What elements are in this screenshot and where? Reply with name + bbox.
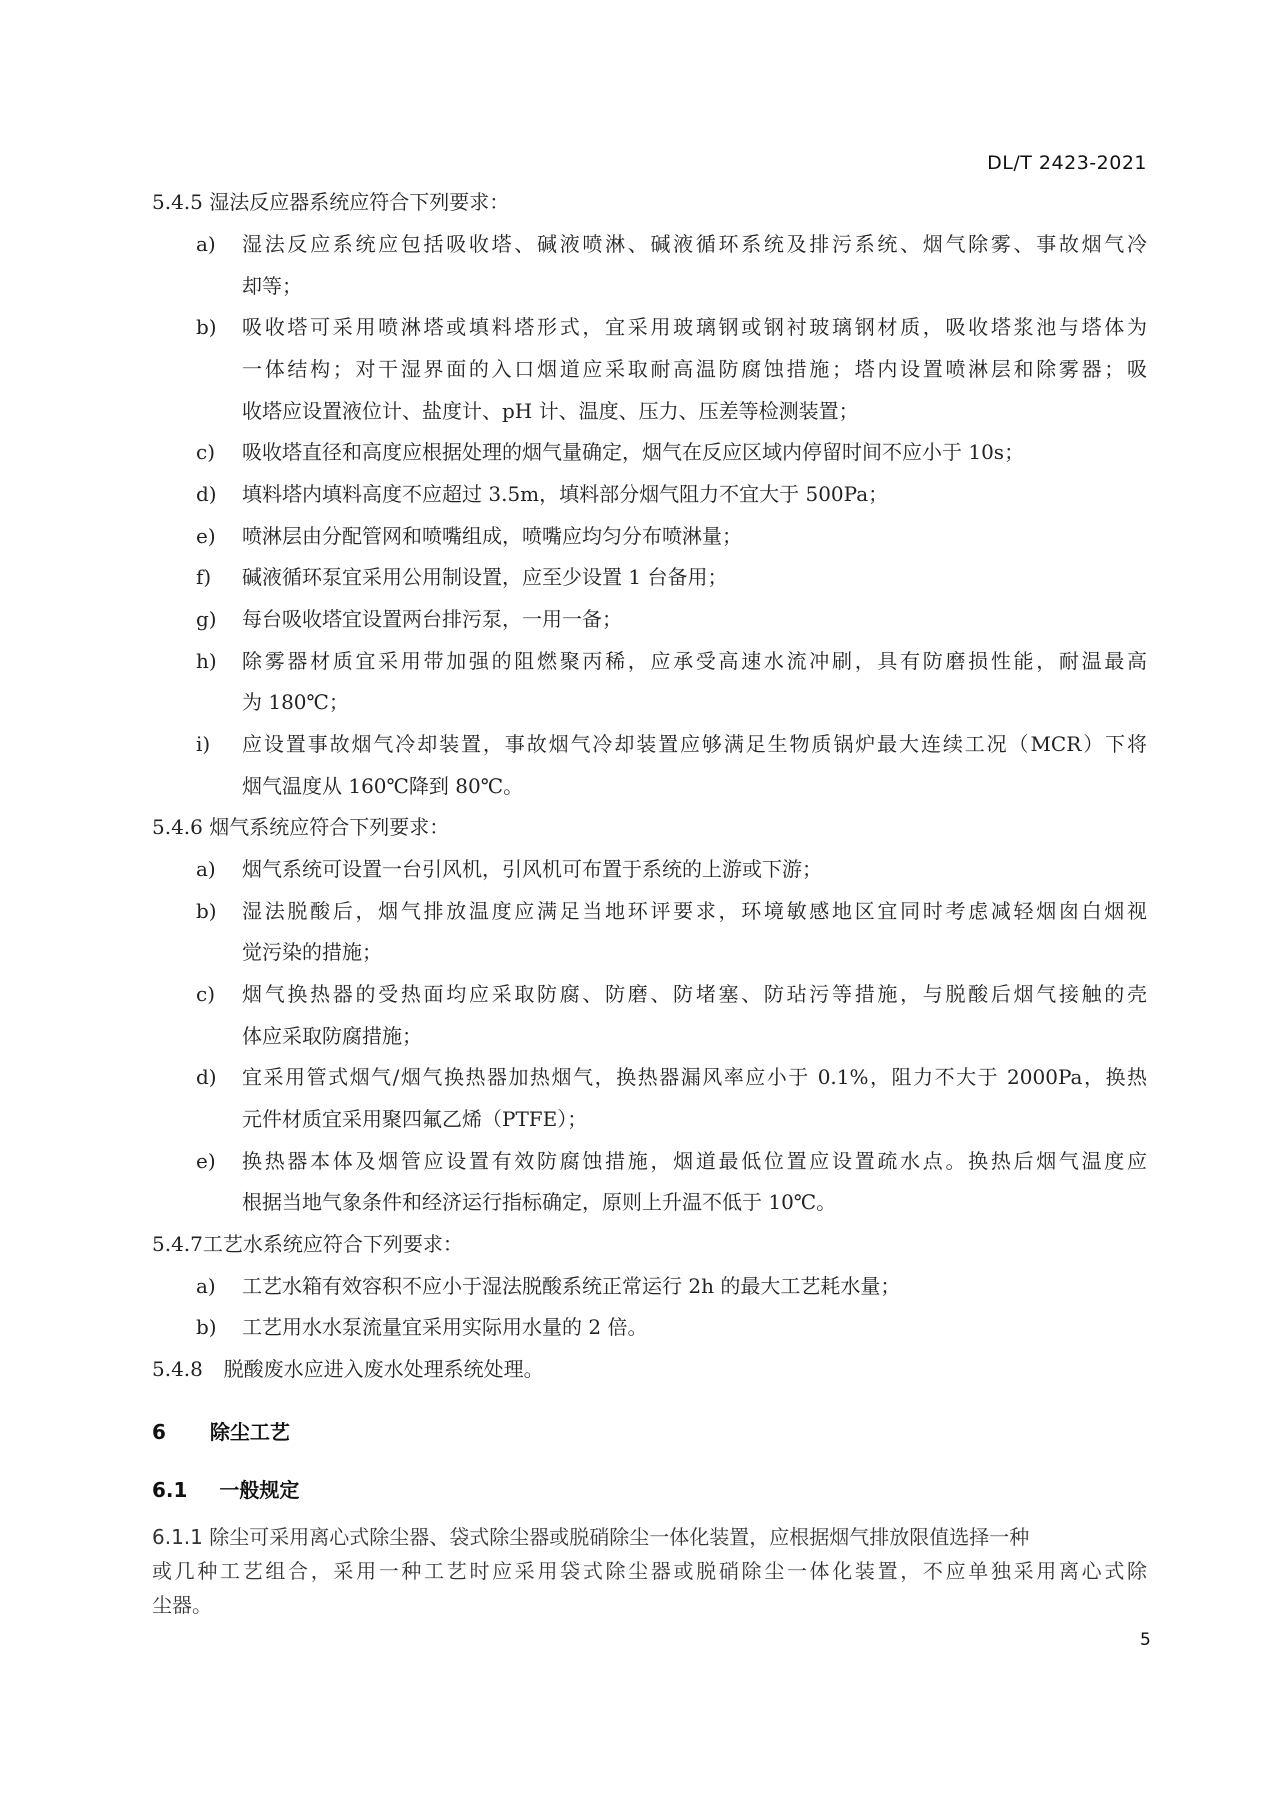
list-marker: e) xyxy=(196,522,216,550)
list-item-text: 却等； xyxy=(242,272,302,300)
list-marker: e) xyxy=(196,1147,216,1175)
clause-title: 工艺水系统应符合下列要求： xyxy=(203,1232,463,1256)
clause-5-4-6-heading: 5.4.6 烟气系统应符合下列要求： xyxy=(152,813,449,841)
list-item-text: 吸收塔可采用喷淋塔或填料塔形式，宜采用玻璃钢或钢衬玻璃钢材质，吸收塔浆池与塔体为 xyxy=(242,313,1147,341)
list-item-text: 为 180℃； xyxy=(242,688,349,716)
list-item-text: 烟气换热器的受热面均应采取防腐、防磨、防堵塞、防玷污等措施，与脱酸后烟气接触的壳 xyxy=(242,980,1147,1008)
document-code-header: DL/T 2423-2021 xyxy=(987,152,1147,174)
clause-number: 5.4.8 xyxy=(152,1357,203,1381)
clause-5-4-8: 5.4.8 脱酸废水应进入废水处理系统处理。 xyxy=(152,1355,544,1383)
list-marker: a) xyxy=(196,1272,216,1300)
section-title: 一般规定 xyxy=(219,1478,299,1502)
document-page: DL/T 2423-2021 5.4.5 湿法反应器系统应符合下列要求： a) … xyxy=(0,0,1271,1797)
list-item-text: 一体结构；对干湿界面的入口烟道应采取耐高温防腐蚀措施；塔内设置喷淋层和除雾器；吸 xyxy=(242,355,1147,383)
list-marker: b) xyxy=(196,1313,217,1341)
clause-6-1-1-line1: 6.1.1 除尘可采用离心式除尘器、袋式除尘器或脱硝除尘一体化装置，应根据烟气排… xyxy=(152,1523,1147,1551)
list-marker: h) xyxy=(196,647,217,675)
list-item-text: 烟气系统可设置一台引风机，引风机可布置于系统的上游或下游； xyxy=(242,855,822,883)
list-item-text: 根据当地气象条件和经济运行指标确定，原则上升温不低于 10℃。 xyxy=(242,1188,836,1216)
section-6-1-heading: 6.1 一般规定 xyxy=(152,1476,299,1504)
list-item-text: 湿法反应系统应包括吸收塔、碱液喷淋、碱液循环系统及排污系统、烟气除雾、事故烟气冷 xyxy=(242,230,1147,258)
list-item-text: 填料塔内填料高度不应超过 3.5m，填料部分烟气阻力不宜大于 500Pa； xyxy=(242,480,888,508)
list-item-text: 体应采取防腐措施； xyxy=(242,1022,422,1050)
list-item-text: 宜采用管式烟气/烟气换热器加热烟气，换热器漏风率应小于 0.1%，阻力不大于 2… xyxy=(242,1063,1147,1091)
list-item-text: 碱液循环泵宜采用公用制设置，应至少设置 1 台备用； xyxy=(242,563,727,591)
list-item-text: 元件材质宜采用聚四氟乙烯（PTFE）； xyxy=(242,1105,587,1133)
list-item-text: 觉污染的措施； xyxy=(242,938,382,966)
list-item-text: 每台吸收塔宜设置两台排污泵，一用一备； xyxy=(242,605,622,633)
list-marker: b) xyxy=(196,313,217,341)
list-item-text: 应设置事故烟气冷却装置，事故烟气冷却装置应够满足生物质锅炉最大连续工况（MCR）… xyxy=(242,730,1147,758)
clause-number: 5.4.6 xyxy=(152,815,203,839)
list-marker: i) xyxy=(196,730,210,758)
list-item-text: 喷淋层由分配管网和喷嘴组成，喷嘴应均匀分布喷淋量； xyxy=(242,522,742,550)
clause-number: 5.4.5 xyxy=(152,190,203,214)
list-marker: c) xyxy=(196,438,215,466)
clause-text: 脱酸废水应进入废水处理系统处理。 xyxy=(224,1357,544,1381)
list-item-text: 收塔应设置液位计、盐度计、pH 计、温度、压力、压差等检测装置； xyxy=(242,397,859,425)
clause-text: 尘器。 xyxy=(152,1591,212,1619)
list-marker: a) xyxy=(196,855,216,883)
page-number: 5 xyxy=(1140,1630,1151,1650)
clause-number: 5.4.7 xyxy=(152,1232,203,1256)
list-item-text: 吸收塔直径和高度应根据处理的烟气量确定，烟气在反应区域内停留时间不应小于 10s… xyxy=(242,438,1024,466)
list-marker: g) xyxy=(196,605,217,633)
list-marker: b) xyxy=(196,897,217,925)
clause-text: 除尘可采用离心式除尘器、袋式除尘器或脱硝除尘一体化装置，应根据烟气排放限值选择一… xyxy=(209,1525,1029,1549)
clause-title: 烟气系统应符合下列要求： xyxy=(209,815,449,839)
section-number: 6.1 xyxy=(152,1478,187,1502)
clause-5-4-5-heading: 5.4.5 湿法反应器系统应符合下列要求： xyxy=(152,188,509,216)
list-item-text: 湿法脱酸后，烟气排放温度应满足当地环评要求，环境敏感地区宜同时考虑减轻烟囱白烟视 xyxy=(242,897,1147,925)
clause-title: 湿法反应器系统应符合下列要求： xyxy=(209,190,509,214)
clause-text: 或几种工艺组合，采用一种工艺时应采用袋式除尘器或脱硝除尘一体化装置，不应单独采用… xyxy=(152,1557,1147,1585)
list-item-text: 工艺水箱有效容积不应小于湿法脱酸系统正常运行 2h 的最大工艺耗水量； xyxy=(242,1272,900,1300)
list-marker: d) xyxy=(196,1063,217,1091)
chapter-6-heading: 6 除尘工艺 xyxy=(152,1418,290,1446)
chapter-number: 6 xyxy=(152,1420,166,1444)
list-marker: c) xyxy=(196,980,215,1008)
list-item-text: 除雾器材质宜采用带加强的阻燃聚丙稀，应承受高速水流冲刷，具有防磨损性能，耐温最高 xyxy=(242,647,1147,675)
list-item-text: 换热器本体及烟管应设置有效防腐蚀措施，烟道最低位置应设置疏水点。换热后烟气温度应 xyxy=(242,1147,1147,1175)
list-marker: a) xyxy=(196,230,216,258)
list-marker: d) xyxy=(196,480,217,508)
clause-5-4-7-heading: 5.4.7工艺水系统应符合下列要求： xyxy=(152,1230,463,1258)
list-marker: f) xyxy=(196,563,211,591)
clause-number: 6.1.1 xyxy=(152,1525,203,1549)
list-item-text: 工艺用水水泵流量宜采用实际用水量的 2 倍。 xyxy=(242,1313,647,1341)
list-item-text: 烟气温度从 160℃降到 80℃。 xyxy=(242,772,523,800)
chapter-title: 除尘工艺 xyxy=(210,1420,290,1444)
